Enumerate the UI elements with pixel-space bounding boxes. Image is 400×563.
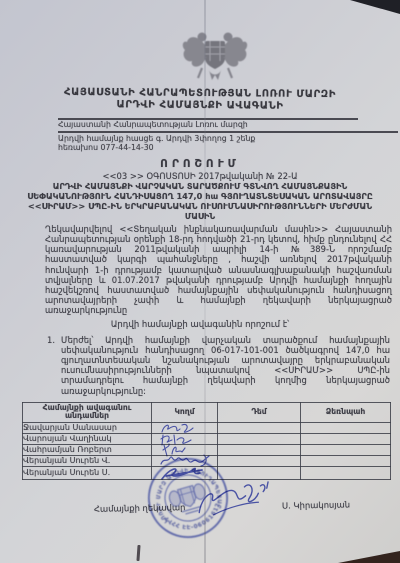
vote-abstain-cell: [301, 433, 391, 444]
vote-abstain-cell: [301, 466, 391, 479]
vote-abstain-cell: [301, 444, 391, 455]
decision-title: ՈՐՈՇՈՒՄ: [0, 158, 400, 170]
address-line-3: հեռախոս 077-44-14-30: [58, 143, 400, 153]
preamble-paragraph: Ղեկավարվելով <<Տեղական ինքնակառավարման մ…: [45, 224, 392, 316]
letterhead-rule-bottom: [58, 131, 398, 133]
member-name: Վերանյան Սուրեն Վ.: [23, 455, 152, 466]
header-against: Դեմ: [218, 402, 301, 422]
vote-against-cell: [218, 455, 301, 466]
member-name: Վերանյան Սուրեն Ս.: [23, 466, 152, 479]
subject-line-4: ՄԱՍԻՆ: [0, 211, 400, 221]
member-name: Ջավարյան Սանասար: [23, 422, 152, 433]
item-number: 1.: [47, 335, 61, 396]
member-name: Վարոսյան Վաղինակ: [23, 433, 152, 444]
subject-line-1: ԱՐԴՎԻ ՀԱՄԱՅՆՔԻ ՎԱՐՉԱԿԱՆ ՏԱՐԱԾՔՈՒՄ ԳՏՆՎՈՂ…: [0, 181, 400, 191]
paper: ՀԱՅԱՍՏԱՆԻ ՀԱՆՐԱՊԵՏՈՒԹՅԱՆ ԼՈՌՈՒ ՄԱՐԶԻ ԱՐԴ…: [0, 0, 400, 563]
vote-table-header-row: Համայնքի ավագանու անդամներ Կողմ Դեմ Ձեռն…: [23, 402, 391, 422]
decision-item-1: 1. Մերժել՝ Արդվի համայնքի վարչական տարած…: [47, 335, 390, 396]
subject-line-3: <<ՍԻՐԱՄ>> ՍՊԸ-ԻՆ ԵՐԿՐԱԲԱՆԱԿԱՆ ՈՒՍՈՒՄՆԱՍԻ…: [0, 201, 400, 211]
coat-of-arms-icon: [178, 28, 252, 88]
mayor-name: Ս. Կիրակոսյան: [282, 499, 350, 510]
header-for: Կողմ: [152, 402, 218, 422]
item-text: Մերժել՝ Արդվի համայնքի վարչական տարածքու…: [61, 335, 390, 396]
member-name: Վահրամյան Ռոբերտ: [23, 444, 152, 455]
document-photo: ՀԱՅԱՍՏԱՆԻ ՀԱՆՐԱՊԵՏՈՒԹՅԱՆ ԼՈՌՈՒ ՄԱՐԶԻ ԱՐԴ…: [0, 0, 400, 563]
vote-abstain-cell: [301, 422, 391, 433]
vote-abstain-cell: [301, 455, 391, 466]
subject-line-2: ՍԵՓԱԿԱՆՈՒԹՅՈՒՆ ՀԱՆԴԻՍԱՑՈՂ 147,0 հա ԳՅՈՒՂ…: [0, 191, 400, 201]
address-line-2: Արդվի համայնք հասցե գ. Արդվի 3փողոց 1 շե…: [58, 134, 400, 144]
letterhead-title-line2: ԱՐԴՎԻ ՀԱՄԱՅՆՔԻ ԱՎԱԳԱՆԻ: [0, 98, 400, 113]
header-abstain: Ձեռնպահ: [301, 402, 391, 422]
vote-against-cell: [218, 422, 301, 433]
resolution-intro: Արդվի համայնքի ավագանին որոշում է՝: [0, 320, 400, 330]
table-row: Ջավարյան Սանասար: [23, 422, 391, 433]
table-row: Վարոսյան Վաղինակ: [23, 433, 391, 444]
vote-for-cell: [152, 422, 218, 433]
vote-against-cell: [218, 444, 301, 455]
address-line-1: Հայաստանի Հանրապետության Լոռու մարզի: [58, 120, 400, 130]
decision-date-line: <<03 >> ՕԳՈՍՏՈՍԻ 2017թվականի № 22-Ա: [0, 171, 400, 181]
vote-for-cell: [152, 433, 218, 444]
header-members: Համայնքի ավագանու անդամներ: [23, 402, 152, 422]
fold-line: [204, 0, 206, 563]
vote-against-cell: [218, 433, 301, 444]
